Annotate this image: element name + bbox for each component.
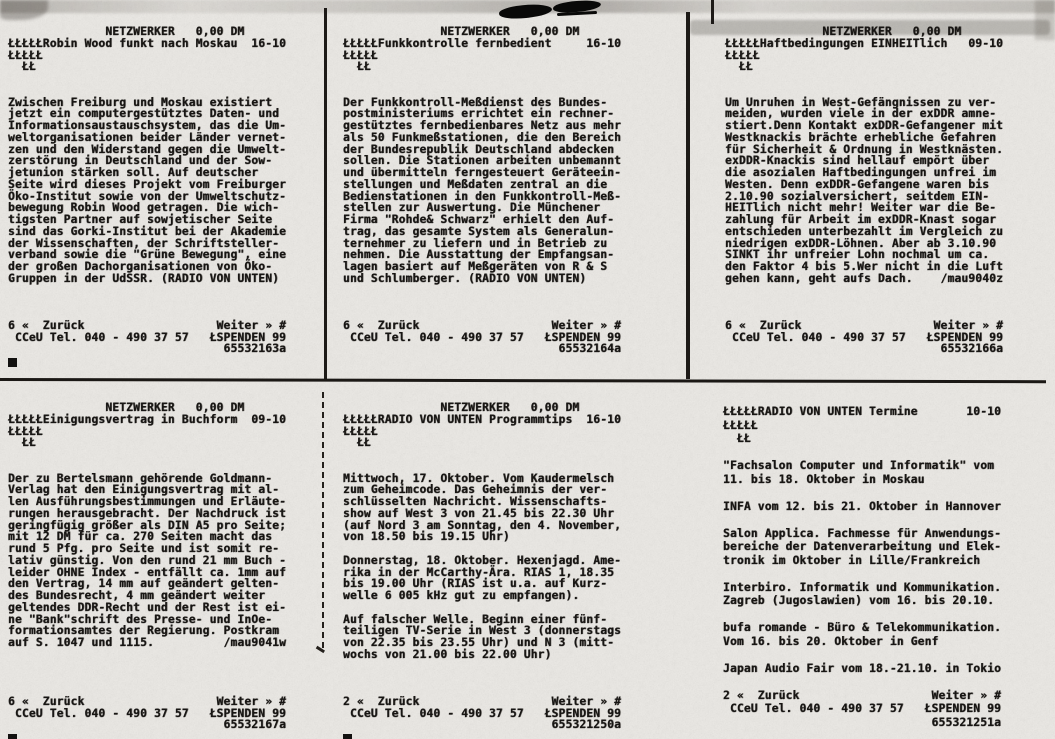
text-line (8, 85, 286, 97)
text-line: ŁŁŁŁŁRADIO VON UNTEN Termine 10-10 (723, 405, 1001, 419)
text-line: ŁŁŁŁŁFunkkontrolle fernbedient 16-10 (343, 38, 621, 50)
text-line: NETZWERKER 0,00 DM (8, 26, 286, 38)
text-line (343, 285, 621, 297)
text-line: ŁŁ (343, 437, 621, 449)
btx-page-panel-robin-wood: NETZWERKER 0,00 DMŁŁŁŁŁRobin Wood funkt … (8, 26, 286, 367)
text-line: NETZWERKER 0,00 DM (725, 26, 1003, 38)
text-line: ŁŁŁŁŁ (8, 426, 286, 438)
text-line (8, 308, 286, 320)
text-line: 6 « Zurück Weiter » # (8, 320, 286, 332)
text-line: von 22.35 bis 23.55 Uhr) und N 3 (mitt- (343, 637, 621, 649)
text-line: welle 6 005 kHz gut zu empfangen). (343, 590, 621, 602)
text-line: weltorganisationen beider Länder vernet- (8, 132, 286, 144)
scanned-printout-page: NETZWERKER 0,00 DMŁŁŁŁŁRobin Wood funkt … (0, 0, 1055, 739)
text-line: und Schlumberger. (RADIO VON UNTEN) (343, 273, 621, 285)
text-line: 6 « Zurück Weiter » # (343, 320, 621, 332)
ink-blob (498, 2, 552, 20)
text-line: und übermitteln ferngesteuert Geräteein- (343, 167, 621, 179)
text-line: show auf West 3 von 21.45 bis 22.30 Uhr (343, 508, 621, 520)
text-line: 6 « Zurück Weiter » # (8, 696, 286, 708)
text-line: NETZWERKER 0,00 DM (343, 402, 621, 414)
text-line: 2 « Zurück Weiter » # (723, 689, 1001, 703)
text-line: Firma "Rohde& Schwarz" erhielt den Auf- (343, 214, 621, 226)
text-line: tigsten Partner auf sowjetischer Seite (8, 214, 286, 226)
text-line (723, 513, 1001, 527)
text-line (8, 672, 286, 684)
text-line: des Bundesrecht, 4 mm geändert weiter (8, 590, 286, 602)
scan-smudge-top-left-corner (0, 0, 48, 20)
text-line: entschieden unterbezahlt im Vergleich zu (725, 226, 1003, 238)
text-line: jetunion stärken soll. Auf deutscher (8, 167, 286, 179)
text-line: rungen herausgebracht. Der Nachdruck ist (8, 508, 286, 520)
text-line: gestütztes fernbedienbares Netz aus mehr (343, 120, 621, 132)
btx-page-panel-haftbedingungen: NETZWERKER 0,00 DMŁŁŁŁŁHaftbedingungen E… (725, 26, 1003, 355)
text-line: NETZWERKER 0,00 DM (343, 26, 621, 38)
text-line (343, 684, 621, 696)
top-edge-tick-mark (711, 0, 714, 24)
text-line (343, 602, 621, 614)
text-line: Zagreb (Jugoslawien) vom 16. bis 20.10. (723, 594, 1001, 608)
text-line (343, 672, 621, 684)
text-line: geltendes DDR-Recht und der Rest ist ei- (8, 602, 286, 614)
btx-page-panel-programmtips: NETZWERKER 0,00 DMŁŁŁŁŁRADIO VON UNTEN P… (343, 402, 621, 739)
text-line: den Faktor 4 bis 5.Wer nicht in die Luft (725, 261, 1003, 273)
text-line (725, 296, 1003, 308)
text-line: ŁŁ (723, 432, 1001, 446)
text-line: auf S. 1047 und 1115. /mau9041w (8, 637, 286, 649)
text-line: zahlung für Arbeit im exDDR-Knast sogar (725, 214, 1003, 226)
text-line (343, 661, 621, 673)
text-line: ŁŁŁŁŁEinigungsvertrag in Buchform 09-10 (8, 414, 286, 426)
text-line (8, 73, 286, 85)
text-line: sind das Gorki-Institut bei der Akademie (8, 226, 286, 238)
text-line (723, 608, 1001, 622)
block-cursor (8, 734, 17, 739)
text-line (343, 296, 621, 308)
text-line: stellungen und Meßdaten zentral an die (343, 179, 621, 191)
text-line (725, 73, 1003, 85)
text-line (8, 296, 286, 308)
text-line: Gruppen in der UdSSR. (RADIO VON UNTEN) (8, 273, 286, 285)
text-line: ŁŁ (8, 61, 286, 73)
text-line: 65532163a (8, 343, 286, 355)
text-line: 65532167a (8, 719, 286, 731)
text-line (723, 675, 1001, 689)
text-line: tronik im Oktober in Lille/Frankreich (723, 554, 1001, 568)
text-line: 2 « Zurück Weiter » # (343, 696, 621, 708)
text-line: CCeU Tel. 040 - 490 37 57 ŁSPENDEN 99 (723, 702, 1001, 716)
column-divider-line-left (324, 8, 327, 379)
text-line: als 50 Funkmeßstationen, die den Bereich (343, 132, 621, 144)
text-line: ŁŁ (725, 61, 1003, 73)
block-cursor (8, 358, 17, 367)
text-line: lativ günstig. Von den rund 21 mm Buch - (8, 555, 286, 567)
text-line (8, 661, 286, 673)
column-divider-line-right (686, 12, 690, 379)
text-line: trag, das gesamte System als Generalun- (343, 226, 621, 238)
text-line: stiert.Denn Kontakt exDDR-Gefangener mit (725, 120, 1003, 132)
text-line (725, 285, 1003, 297)
text-line: schlüsselten Nachricht. Wissenschafts- (343, 496, 621, 508)
text-line: Salon Applica. Fachmesse für Anwendungs- (723, 527, 1001, 541)
text-line: wochs von 21.00 bis 22.00 Uhr) (343, 649, 621, 661)
text-line (343, 449, 621, 461)
text-line (343, 543, 621, 555)
text-line (725, 85, 1003, 97)
btx-page-panel-funkkontrolle: NETZWERKER 0,00 DMŁŁŁŁŁFunkkontrolle fer… (343, 26, 621, 355)
text-line: Vom 16. bis 20. Oktober in Genf (723, 635, 1001, 649)
text-line: ŁŁŁŁŁ (343, 50, 621, 62)
text-line: Interbiro. Informatik und Kommunikation. (723, 581, 1001, 595)
text-line (343, 308, 621, 320)
text-line: 655321251a (723, 716, 1001, 730)
row-divider-line (0, 378, 1046, 383)
text-line: Informationsaustauschsystem, das die Um- (8, 120, 286, 132)
text-line (8, 285, 286, 297)
text-line: NETZWERKER 0,00 DM (8, 402, 286, 414)
btx-page-panel-termine: ŁŁŁŁŁRADIO VON UNTEN Termine 10-10ŁŁŁŁŁ … (723, 405, 1001, 729)
text-line: len Ausführungsbestimmungen und Erläute- (8, 496, 286, 508)
text-line: Seite wird dieses Projekt vom Freiburger (8, 179, 286, 191)
ink-scribble (497, 0, 607, 22)
text-line: 11. bis 18. Oktober in Moskau (723, 473, 1001, 487)
text-line: 65532164a (343, 343, 621, 355)
text-line: rund 5 Pfg. pro Seite und ist somit re- (8, 543, 286, 555)
text-line (8, 684, 286, 696)
text-line: von 18.50 bis 19.15 Uhr) (343, 531, 621, 543)
text-line: der großen Dachorganisationen von Öko- (8, 261, 286, 273)
text-line: ŁŁ (343, 61, 621, 73)
text-line: "Fachsalon Computer und Informatik" vom (723, 459, 1001, 473)
text-line: ŁŁŁŁŁ (343, 426, 621, 438)
text-line: ŁŁŁŁŁ (725, 50, 1003, 62)
text-line: Westen. Denn exDDR-Gefangene waren bis (725, 179, 1003, 191)
text-line: Japan Audio Fair vom 18.-21.10. in Tokio (723, 662, 1001, 676)
text-line (343, 85, 621, 97)
text-line: Donnerstag, 18. Oktober. Hexenjagd. Ame- (343, 555, 621, 567)
scan-smudge-right-corner (1035, 0, 1055, 40)
btx-page-panel-einigungsvertrag: NETZWERKER 0,00 DMŁŁŁŁŁEinigungsvertrag … (8, 402, 286, 739)
text-line (723, 446, 1001, 460)
text-line: gehen kann, geht aufs Dach. /mau9040z (725, 273, 1003, 285)
text-line: lagen basiert auf Meßgeräten von R & S (343, 261, 621, 273)
text-line (725, 308, 1003, 320)
text-line (8, 649, 286, 661)
text-line: ŁŁŁŁŁ (8, 50, 286, 62)
text-line: ŁŁŁŁŁHaftbedingungen EINHEITlich 09-10 (725, 38, 1003, 50)
text-line (343, 73, 621, 85)
text-line: 65532166a (725, 343, 1003, 355)
text-line (8, 449, 286, 461)
text-line: ŁŁŁŁŁRADIO VON UNTEN Programmtips 16-10 (343, 414, 621, 426)
text-line (8, 461, 286, 473)
text-line: 6 « Zurück Weiter » # (725, 320, 1003, 332)
text-line: ŁŁŁŁŁ (723, 419, 1001, 433)
text-line (343, 461, 621, 473)
text-line (723, 567, 1001, 581)
text-line: 655321250a (343, 719, 621, 731)
column-divider-dashed (322, 392, 324, 648)
text-line: INFA vom 12. bis 21. Oktober in Hannover (723, 500, 1001, 514)
text-line: die asozialen Haftbedingungen unfrei im (725, 167, 1003, 179)
text-line: Westknackis brächte erhebliche Gefahren (725, 132, 1003, 144)
text-line: bufa romande - Büro & Telekommunikation. (723, 621, 1001, 635)
text-line: ŁŁ (8, 437, 286, 449)
text-line (723, 486, 1001, 500)
text-line: ŁŁŁŁŁRobin Wood funkt nach Moskau 16-10 (8, 38, 286, 50)
block-cursor (343, 734, 352, 739)
text-line: bereiche der Datenverarbeitung und Elek- (723, 540, 1001, 554)
text-line (723, 648, 1001, 662)
